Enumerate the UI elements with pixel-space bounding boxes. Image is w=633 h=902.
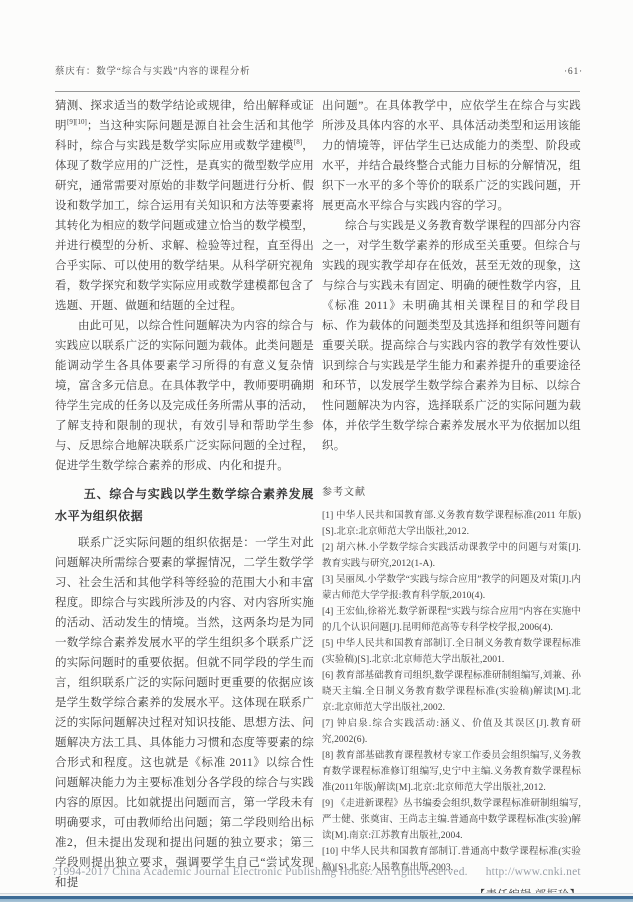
reference-item: [7] 钟启泉.综合实践活动:涵义、价值及其误区[J].教育研究,2002(6)…: [322, 716, 581, 748]
running-title: 蔡庆有：数学“综合与实践”内容的课程分析: [55, 63, 250, 77]
page-number: ·61·: [564, 67, 583, 77]
header-rule: [55, 91, 580, 92]
paragraph-text: ，体现了数学应用的广泛性，是真实的微型数学应用研究，通常需要对原始的非数学问题进…: [55, 140, 314, 312]
reference-item: [3] 吴丽凤.小学数学“实践与综合应用”教学的问题及对策[J].内蒙古师范大学…: [322, 572, 581, 604]
running-head: 蔡庆有：数学“综合与实践”内容的课程分析 ·61·: [55, 63, 583, 77]
paragraph-continuation: 猜测、探求适当的数学结论或规律，给出解释或证明[9][10]；当这种实际问题是源…: [55, 96, 314, 316]
paper-page: 蔡庆有：数学“综合与实践”内容的课程分析 ·61· 猜测、探求适当的数学结论或规…: [0, 0, 633, 902]
citation-superscript: [9][10]: [67, 118, 87, 126]
reference-item: [9] 《走进新课程》丛书编委会组织,数学课程标准研制组编写,严士健、张奠宙、王…: [322, 796, 581, 844]
scanned-page-bottom-edge: [0, 893, 633, 902]
right-column: 出问题”。在具体教学中，应依学生在综合与实践所涉及具体内容的水平、具体活动类型和…: [322, 96, 581, 902]
section-heading: 五、综合与实践以学生数学综合素养发展水平为组织依据: [55, 483, 314, 527]
references-title: 参考文献: [322, 483, 581, 503]
reference-item: [1] 中华人民共和国教育部.义务教育数学课程标准(2011 年版)[S].北京…: [322, 508, 581, 540]
watermark-copyright-text: ?1994-2017 China Academic Journal Electr…: [52, 866, 468, 878]
paragraph: 由此可见，以综合性问题解决为内容的综合与实践应以联系广泛的实际问题为载体。此类问…: [55, 316, 314, 476]
watermark-url: http://www.cnki.net: [486, 866, 581, 878]
left-column: 猜测、探求适当的数学结论或规律，给出解释或证明[9][10]；当这种实际问题是源…: [55, 96, 314, 893]
reference-item: [4] 王宏仙,徐裕光.数学新课程“实践与综合应用”内容在实施中的几个认识问题[…: [322, 604, 581, 636]
paragraph: 综合与实践是义务教育数学课程的四部分内容之一，对学生数学素养的形成至关重要。但综…: [322, 216, 581, 456]
reference-item: [2] 胡六林.小学数学综合实践活动课教学中的问题与对策[J].教育实践与研究,…: [322, 540, 581, 572]
cnki-watermark: ?1994-2017 China Academic Journal Electr…: [20, 866, 613, 878]
reference-item: [8] 教育部基础教育课程教材专家工作委员会组织编写,义务教育数学课程标准修订组…: [322, 748, 581, 796]
reference-item: [6] 教育部基础教育司组织,数学课程标准研制组编写,刘兼、孙晓天主编.全日制义…: [322, 668, 581, 716]
references-list: [1] 中华人民共和国教育部.义务教育数学课程标准(2011 年版)[S].北京…: [322, 508, 581, 876]
reference-item: [5] 中华人民共和国教育部制订.全日制义务教育数学课程标准(实验稿)[S].北…: [322, 636, 581, 668]
paragraph: 联系广泛实际问题的组织依据是：一学生对此问题解决所需综合要素的掌握情况，二学生数…: [55, 533, 314, 893]
citation-superscript: [8]: [294, 138, 302, 146]
paragraph-continuation: 出问题”。在具体教学中，应依学生在综合与实践所涉及具体内容的水平、具体活动类型和…: [322, 96, 581, 216]
paragraph-text: ；当这种实际问题是源自社会生活和其他学科时，综合与实践是数学实际应用或数学建模: [55, 120, 314, 152]
